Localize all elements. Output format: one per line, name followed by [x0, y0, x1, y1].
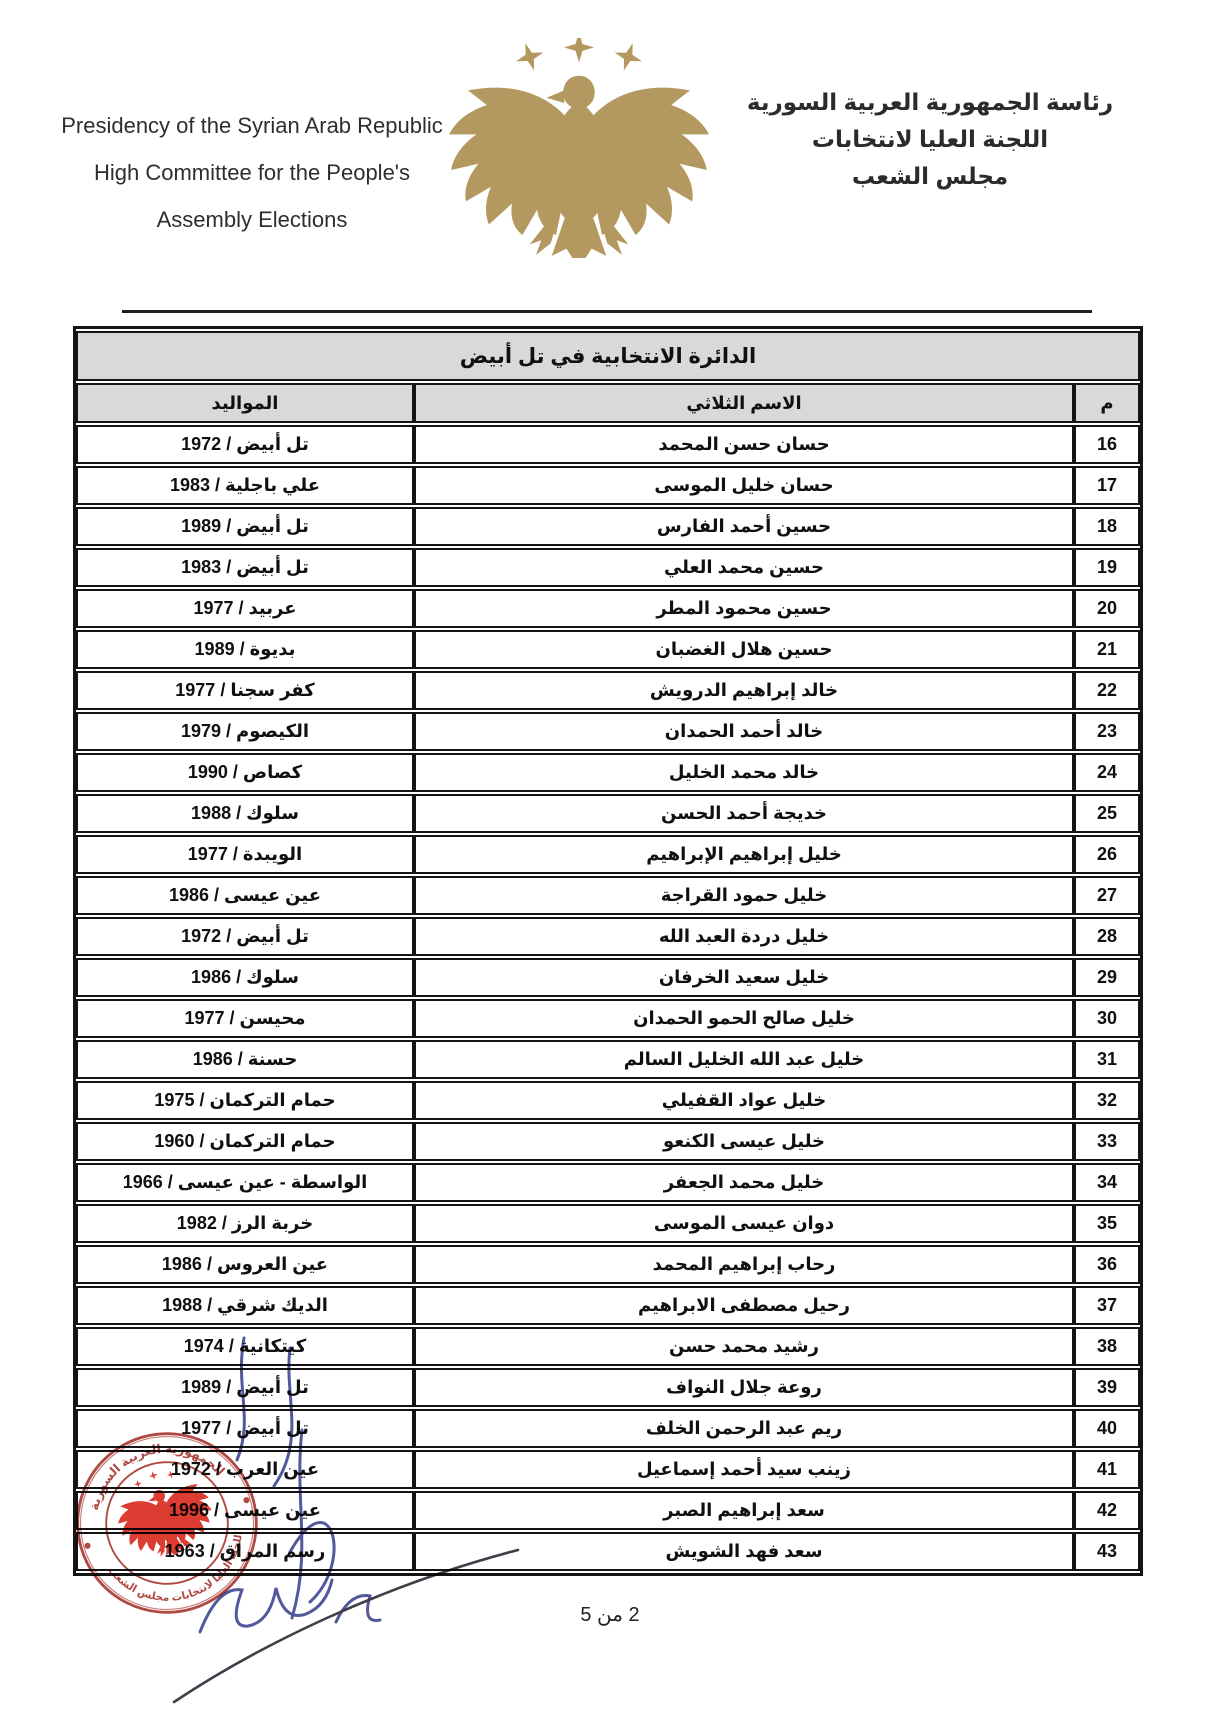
cell-birth: عربيد / 1977 — [76, 589, 414, 628]
cell-serial: 31 — [1074, 1040, 1140, 1079]
table-row: 18 حسين أحمد الفارس تل أبيض / 1989 — [76, 507, 1140, 546]
cell-name: رحاب إبراهيم المحمد — [414, 1245, 1074, 1284]
cell-serial: 16 — [1074, 425, 1140, 464]
cell-serial: 27 — [1074, 876, 1140, 915]
cell-birth: الكيصوم / 1979 — [76, 712, 414, 751]
cell-birth: تل أبيض / 1989 — [76, 507, 414, 546]
cell-name: خليل محمد الجعفر — [414, 1163, 1074, 1202]
table-row: 29 خليل سعيد الخرفان سلوك / 1986 — [76, 958, 1140, 997]
table-row: 31 خليل عبد الله الخليل السالم حسنة / 19… — [76, 1040, 1140, 1079]
cell-name: روعة جلال النواف — [414, 1368, 1074, 1407]
column-header-birth: المواليد — [76, 383, 414, 423]
letterhead-ar-line2: اللجنة العليا لانتخابات — [710, 121, 1150, 158]
letterhead-en-line3: Assembly Elections — [42, 196, 462, 243]
cell-serial: 21 — [1074, 630, 1140, 669]
table-title: الدائرة الانتخابية في تل أبيض — [76, 331, 1140, 381]
table-row: 19 حسين محمد العلي تل أبيض / 1983 — [76, 548, 1140, 587]
cell-name: حسين أحمد الفارس — [414, 507, 1074, 546]
letterhead-english: Presidency of the Syrian Arab Republic H… — [42, 102, 462, 243]
cell-serial: 36 — [1074, 1245, 1140, 1284]
candidates-table: الدائرة الانتخابية في تل أبيض م الاسم ال… — [73, 326, 1143, 1576]
cell-serial: 23 — [1074, 712, 1140, 751]
cell-name: حسين هلال الغضبان — [414, 630, 1074, 669]
cell-serial: 32 — [1074, 1081, 1140, 1120]
cell-name: خالد أحمد الحمدان — [414, 712, 1074, 751]
cell-name: خليل صالح الحمو الحمدان — [414, 999, 1074, 1038]
table-row: 39 روعة جلال النواف تل أبيض / 1989 — [76, 1368, 1140, 1407]
table-row: 20 حسين محمود المطر عربيد / 1977 — [76, 589, 1140, 628]
table-row: 25 خديجة أحمد الحسن سلوك / 1988 — [76, 794, 1140, 833]
cell-name: خليل عواد القفيلي — [414, 1081, 1074, 1120]
cell-birth: حمام التركمان / 1960 — [76, 1122, 414, 1161]
cell-serial: 29 — [1074, 958, 1140, 997]
cell-name: رحيل مصطفى الابراهيم — [414, 1286, 1074, 1325]
cell-serial: 30 — [1074, 999, 1140, 1038]
table-row: 34 خليل محمد الجعفر الواسطة - عين عيسى /… — [76, 1163, 1140, 1202]
cell-name: خليل عبد الله الخليل السالم — [414, 1040, 1074, 1079]
table-row: 23 خالد أحمد الحمدان الكيصوم / 1979 — [76, 712, 1140, 751]
cell-serial: 33 — [1074, 1122, 1140, 1161]
cell-serial: 35 — [1074, 1204, 1140, 1243]
letterhead-en-line1: Presidency of the Syrian Arab Republic — [42, 102, 462, 149]
cell-birth: تل أبيض / 1983 — [76, 548, 414, 587]
table-row: 17 حسان خليل الموسى علي باجلية / 1983 — [76, 466, 1140, 505]
cell-birth: تل أبيض / 1972 — [76, 917, 414, 956]
cell-birth: علي باجلية / 1983 — [76, 466, 414, 505]
table-row: 33 خليل عيسى الكنعو حمام التركمان / 1960 — [76, 1122, 1140, 1161]
cell-serial: 34 — [1074, 1163, 1140, 1202]
roster-table-container: الدائرة الانتخابية في تل أبيض م الاسم ال… — [73, 326, 1143, 1576]
cell-serial: 24 — [1074, 753, 1140, 792]
cell-birth: تل أبيض / 1972 — [76, 425, 414, 464]
cell-serial: 25 — [1074, 794, 1140, 833]
cell-birth: حسنة / 1986 — [76, 1040, 414, 1079]
table-row: 36 رحاب إبراهيم المحمد عين العروس / 1986 — [76, 1245, 1140, 1284]
cell-serial: 43 — [1074, 1532, 1140, 1571]
cell-name: خليل عيسى الكنعو — [414, 1122, 1074, 1161]
table-row: 21 حسين هلال الغضبان بديوة / 1989 — [76, 630, 1140, 669]
table-row: 16 حسان حسن المحمد تل أبيض / 1972 — [76, 425, 1140, 464]
cell-birth: عين عيسى / 1986 — [76, 876, 414, 915]
table-row: 32 خليل عواد القفيلي حمام التركمان / 197… — [76, 1081, 1140, 1120]
cell-name: خليل إبراهيم الإبراهيم — [414, 835, 1074, 874]
cell-name: خالد محمد الخليل — [414, 753, 1074, 792]
cell-name: سعد فهد الشويش — [414, 1532, 1074, 1571]
cell-name: خليل سعيد الخرفان — [414, 958, 1074, 997]
table-row: 24 خالد محمد الخليل كصاص / 1990 — [76, 753, 1140, 792]
cell-serial: 22 — [1074, 671, 1140, 710]
cell-name: خديجة أحمد الحسن — [414, 794, 1074, 833]
cell-serial: 37 — [1074, 1286, 1140, 1325]
cell-serial: 41 — [1074, 1450, 1140, 1489]
scanned-document-page: Presidency of the Syrian Arab Republic H… — [0, 0, 1220, 1721]
table-title-row: الدائرة الانتخابية في تل أبيض — [76, 331, 1140, 381]
column-header-serial: م — [1074, 383, 1140, 423]
letterhead-en-line2: High Committee for the People's — [42, 149, 462, 196]
cell-name: ريم عبد الرحمن الخلف — [414, 1409, 1074, 1448]
cell-name: حسين محمد العلي — [414, 548, 1074, 587]
header-divider-line — [122, 310, 1092, 313]
table-row: 22 خالد إبراهيم الدرويش كفر سجنا / 1977 — [76, 671, 1140, 710]
table-row: 37 رحيل مصطفى الابراهيم الديك شرقي / 198… — [76, 1286, 1140, 1325]
cell-birth: حمام التركمان / 1975 — [76, 1081, 414, 1120]
cell-birth: تل أبيض / 1989 — [76, 1368, 414, 1407]
cell-name: زينب سيد أحمد إسماعيل — [414, 1450, 1074, 1489]
cell-name: حسان حسن المحمد — [414, 425, 1074, 464]
cell-serial: 28 — [1074, 917, 1140, 956]
cell-serial: 19 — [1074, 548, 1140, 587]
column-header-name: الاسم الثلاثي — [414, 383, 1074, 423]
cell-birth: كفر سجنا / 1977 — [76, 671, 414, 710]
table-header-row: م الاسم الثلاثي المواليد — [76, 383, 1140, 423]
cell-serial: 40 — [1074, 1409, 1140, 1448]
cell-birth: الويبدة / 1977 — [76, 835, 414, 874]
cell-birth: محيسن / 1977 — [76, 999, 414, 1038]
cell-serial: 18 — [1074, 507, 1140, 546]
cell-birth: سلوك / 1988 — [76, 794, 414, 833]
cell-birth: خربة الرز / 1982 — [76, 1204, 414, 1243]
cell-serial: 38 — [1074, 1327, 1140, 1366]
cell-birth: الديك شرقي / 1988 — [76, 1286, 414, 1325]
cell-name: حسين محمود المطر — [414, 589, 1074, 628]
cell-birth: كصاص / 1990 — [76, 753, 414, 792]
cell-serial: 17 — [1074, 466, 1140, 505]
table-row: 28 خليل دردة العبد الله تل أبيض / 1972 — [76, 917, 1140, 956]
cell-name: خليل حمود القراجة — [414, 876, 1074, 915]
table-row: 35 دوان عيسى الموسى خربة الرز / 1982 — [76, 1204, 1140, 1243]
cell-serial: 20 — [1074, 589, 1140, 628]
eagle-emblem-icon — [418, 38, 740, 258]
cell-name: حسان خليل الموسى — [414, 466, 1074, 505]
table-row: 38 رشيد محمد حسن كيتكانية / 1974 — [76, 1327, 1140, 1366]
cell-birth: كيتكانية / 1974 — [76, 1327, 414, 1366]
table-row: 26 خليل إبراهيم الإبراهيم الويبدة / 1977 — [76, 835, 1140, 874]
cell-birth: الواسطة - عين عيسى / 1966 — [76, 1163, 414, 1202]
cell-serial: 39 — [1074, 1368, 1140, 1407]
cell-birth: عين العروس / 1986 — [76, 1245, 414, 1284]
letterhead-ar-line1: رئاسة الجمهورية العربية السورية — [710, 84, 1150, 121]
cell-birth: سلوك / 1986 — [76, 958, 414, 997]
table-row: 27 خليل حمود القراجة عين عيسى / 1986 — [76, 876, 1140, 915]
letterhead-arabic: رئاسة الجمهورية العربية السورية اللجنة ا… — [710, 84, 1150, 195]
cell-name: خليل دردة العبد الله — [414, 917, 1074, 956]
table-body: 16 حسان حسن المحمد تل أبيض / 1972 17 حسا… — [76, 425, 1140, 1571]
table-row: 30 خليل صالح الحمو الحمدان محيسن / 1977 — [76, 999, 1140, 1038]
cell-birth: بديوة / 1989 — [76, 630, 414, 669]
letterhead-ar-line3: مجلس الشعب — [710, 158, 1150, 195]
cell-name: دوان عيسى الموسى — [414, 1204, 1074, 1243]
cell-name: سعد إبراهيم الصبر — [414, 1491, 1074, 1530]
cell-serial: 26 — [1074, 835, 1140, 874]
cell-name: خالد إبراهيم الدرويش — [414, 671, 1074, 710]
cell-serial: 42 — [1074, 1491, 1140, 1530]
cell-name: رشيد محمد حسن — [414, 1327, 1074, 1366]
